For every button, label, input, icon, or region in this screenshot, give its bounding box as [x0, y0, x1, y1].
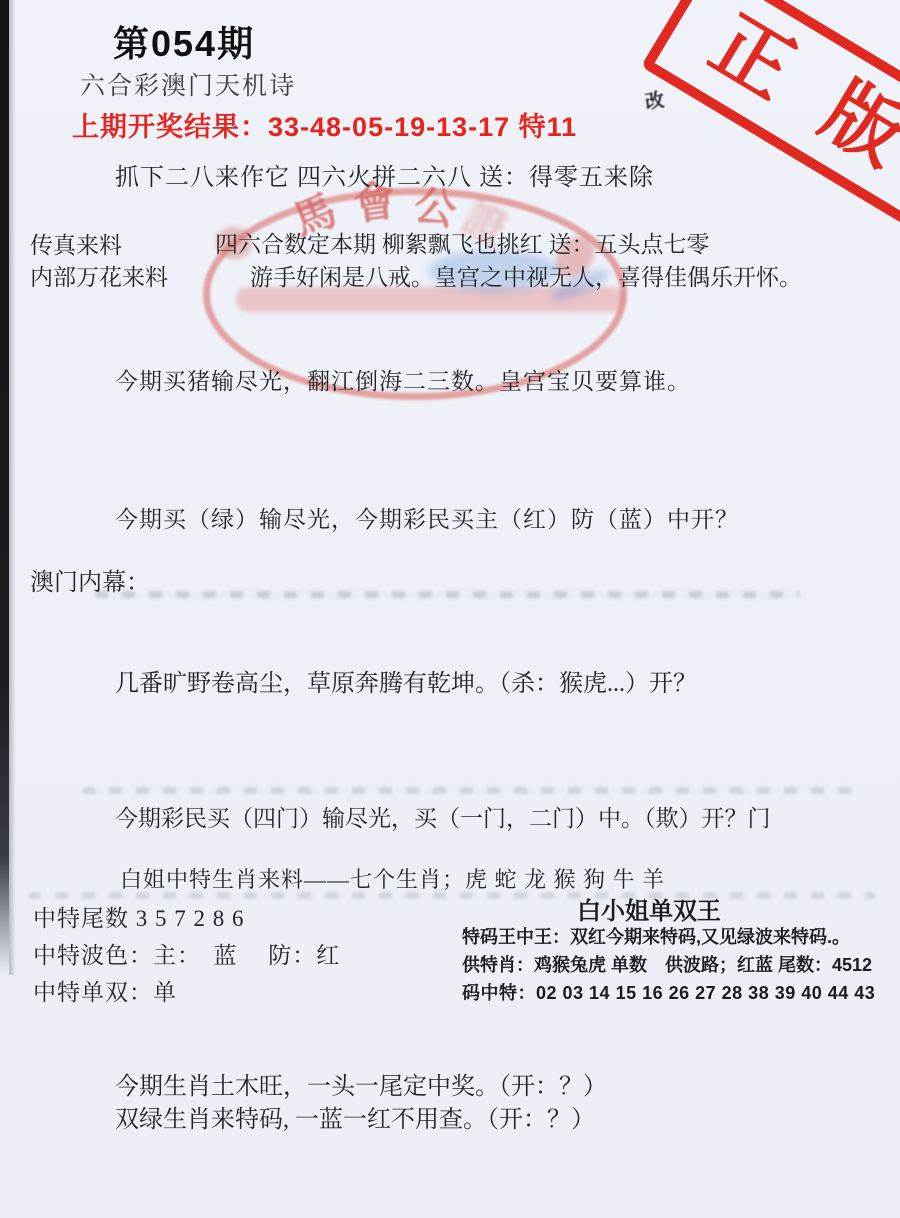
gate-prediction-line: 今期彩民买（四门）输尽光，买（一门，二门）中。（欺）开？门 [115, 800, 771, 833]
baixiaojie-panel-title: 白小姐单双王 [577, 891, 721, 926]
ghost-text-smudge-2 [82, 787, 857, 794]
macau-insider-label: 澳门内幕： [30, 562, 150, 597]
fax-material-label: 传真来料 [30, 227, 122, 260]
zodiac-tip-line: 白姐中特生肖来料——七个生肖；虎 蛇 龙 猴 狗 牛 羊 [120, 863, 665, 894]
special-wave-color-line: 中特波色：主： 蓝 防：红 [33, 937, 340, 970]
last-draw-result-line: 上期开奖结果：33-48-05-19-13-17 特11 [72, 105, 577, 144]
footer-poem-line-2: 双绿生肖来特码, 一蓝一红不用查。（开：？） [115, 1099, 595, 1134]
scan-edge-shadow [9, 0, 16, 975]
authentic-edition-stamp: 正 版 [641, 0, 900, 227]
fax-material-text: 四六合数定本期 柳絮飘飞也挑红 送：五头点七零 [215, 226, 710, 259]
special-odd-even-line: 中特单双：单 [33, 974, 177, 1007]
internal-material-text: 游手好闲是八戒。皇宫之中视无人，喜得佳偶乐开怀。 [250, 259, 802, 292]
color-prediction-line: 今期买（绿）输尽光，今期彩民买主（红）防（蓝）中开？ [115, 501, 739, 534]
prairie-poem-line: 几番旷野卷高尘，草原奔腾有乾坤。（杀：猴虎...）开？ [115, 663, 697, 698]
sheet-title: 六合彩澳门天机诗 [80, 66, 296, 102]
scanned-lottery-sheet: 馬 會 公 證 第054期 六合彩澳门天机诗 上期开奖结果：33-48-05-1… [0, 0, 900, 1218]
stamp-char-zheng: 正 [699, 4, 806, 111]
stamp-char-ban: 版 [810, 71, 900, 178]
footer-poem-line-1: 今期生肖土木旺，一头一尾定中奖。（开：？） [115, 1066, 607, 1101]
special-tail-numbers-line: 中特尾数 3 5 7 2 8 6 [33, 900, 245, 933]
scan-edge-strip [0, 0, 9, 975]
internal-material-label: 内部万花来料 [30, 259, 168, 292]
code-hit-numbers-line: 码中特：02 03 14 15 16 26 27 28 38 39 40 44 … [462, 979, 875, 1005]
stray-ink-mark: 改 [643, 85, 666, 114]
ghost-text-smudge-1 [95, 591, 800, 598]
pig-prediction-line: 今期买猪输尽光，翻江倒海二三数。皇宫宝贝要算谁。 [115, 363, 691, 396]
poem-line-top: 抓下二八来作它 四六火拼二六八 送：得零五来除 [115, 157, 654, 192]
supplied-zodiac-line: 供特肖：鸡猴兔虎 单数 供波路；红蓝 尾数：4512 [462, 951, 872, 977]
special-code-king-line: 特码王中王：双红今期来特码,又见绿波来特码.。 [462, 923, 850, 949]
issue-number-heading: 第054期 [113, 16, 255, 67]
